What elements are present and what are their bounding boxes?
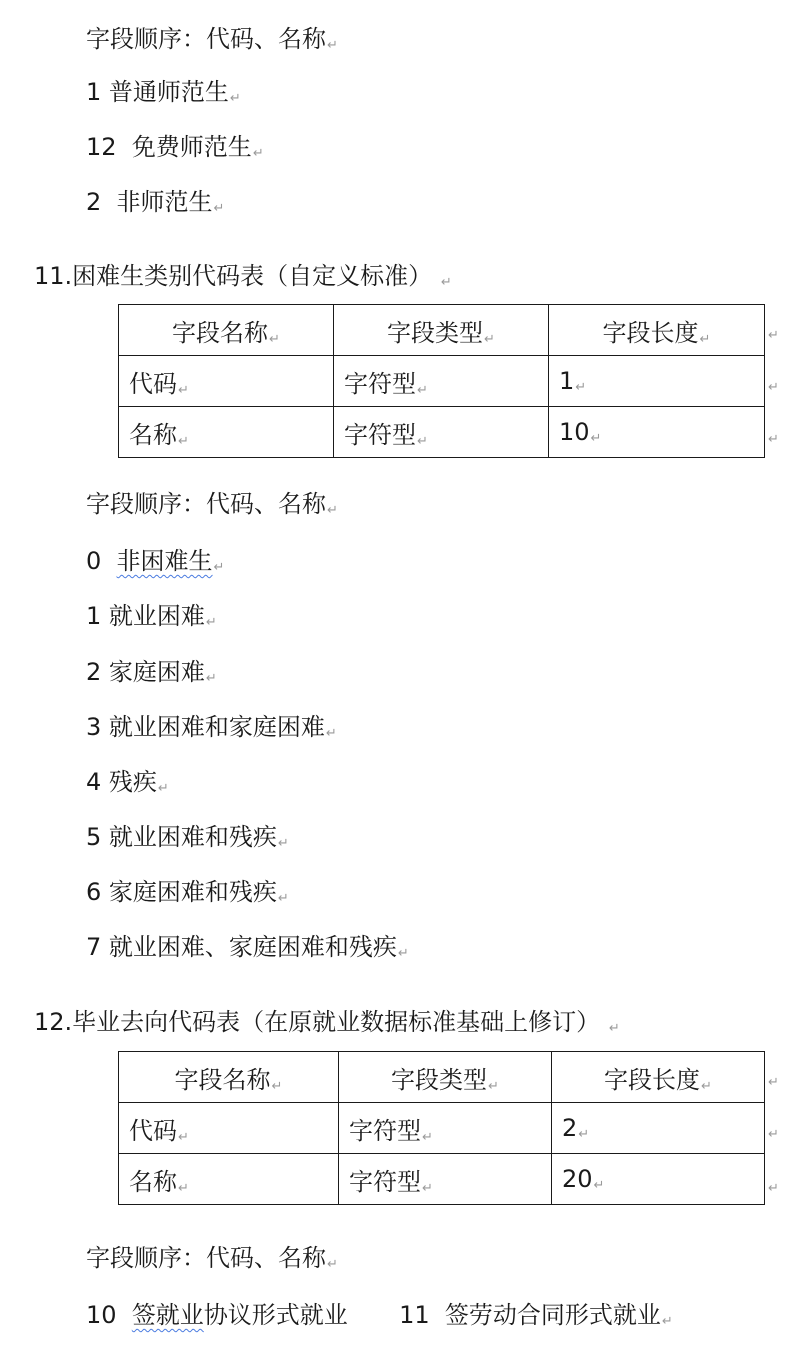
section-heading: 11.困难生类别代码表（自定义标准） ↵ [34,261,452,298]
table-cell: 名称↵ [119,407,334,458]
paragraph-mark-icon: ↵ [278,836,289,851]
field-order-text: 字段顺序：代码、名称↵ [86,24,338,61]
table-cell: 1↵ [549,356,765,407]
paragraph-mark-icon: ↵ [327,38,338,53]
spellcheck-underline: 签就业 [132,1301,204,1329]
paragraph-mark-icon: ↵ [253,146,264,161]
table-header-row: 字段名称↵ 字段类型↵ 字段长度↵ [119,305,765,356]
table-header-row: 字段名称↵ 字段类型↵ 字段长度↵ [119,1052,765,1103]
paragraph-mark-icon: ↵ [230,91,241,106]
row-end-mark-icon: ↵ [768,1075,779,1090]
paragraph-mark-icon: ↵ [662,1314,673,1329]
code-item: 12 免费师范生↵ [86,132,264,169]
table-row: 名称↵ 字符型↵ 10↵ [119,407,765,458]
code-item: 5 就业困难和残疾↵ [86,822,289,859]
code-item: 3 就业困难和家庭困难↵ [86,712,337,749]
table-header-cell: 字段类型↵ [334,305,549,356]
field-spec-table: 字段名称↵ 字段类型↵ 字段长度↵ 代码↵ 字符型↵ 2↵ 名称↵ 字符型↵ 2… [118,1051,765,1205]
paragraph-mark-icon: ↵ [158,781,169,796]
table-cell: 代码↵ [119,356,334,407]
field-order-text: 字段顺序：代码、名称↵ [86,1243,338,1280]
table-header-cell: 字段长度↵ [549,305,765,356]
section-heading: 12.毕业去向代码表（在原就业数据标准基础上修订） ↵ [34,1007,620,1044]
table-cell: 20↵ [552,1154,765,1205]
table-row: 代码↵ 字符型↵ 1↵ [119,356,765,407]
code-item: 2 非师范生↵ [86,187,224,224]
table-cell: 2↵ [552,1103,765,1154]
code-item: 1 就业困难↵ [86,601,217,638]
paragraph-mark-icon: ↵ [206,671,217,686]
row-end-mark-icon: ↵ [768,432,779,447]
paragraph-mark-icon: ↵ [327,503,338,518]
code-item-row: 10 签就业协议形式就业 11 签劳动合同形式就业↵ [86,1300,673,1337]
code-item: 2 家庭困难↵ [86,657,217,694]
table-row: 代码↵ 字符型↵ 2↵ [119,1103,765,1154]
paragraph-mark-icon: ↵ [398,946,409,961]
code-item: 6 家庭困难和残疾↵ [86,877,289,914]
paragraph-mark-icon: ↵ [326,726,337,741]
table-cell: 代码↵ [119,1103,339,1154]
table-cell: 名称↵ [119,1154,339,1205]
table-header-cell: 字段长度↵ [552,1052,765,1103]
paragraph-mark-icon: ↵ [206,615,217,630]
table-cell: 字符型↵ [334,407,549,458]
paragraph-mark-icon: ↵ [214,201,225,216]
table-header-cell: 字段名称↵ [119,305,334,356]
table-cell: 字符型↵ [339,1103,552,1154]
paragraph-mark-icon: ↵ [609,1021,620,1036]
row-end-mark-icon: ↵ [768,1127,779,1142]
paragraph-mark-icon: ↵ [278,891,289,906]
field-spec-table: 字段名称↵ 字段类型↵ 字段长度↵ 代码↵ 字符型↵ 1↵ 名称↵ 字符型↵ 1… [118,304,765,458]
spellcheck-underline: 非困难生 [117,547,213,575]
row-end-mark-icon: ↵ [768,328,779,343]
paragraph-mark-icon: ↵ [327,1257,338,1272]
table-row: 名称↵ 字符型↵ 20↵ [119,1154,765,1205]
code-item: 0 非困难生↵ [86,546,224,583]
code-item: 1 普通师范生↵ [86,77,241,114]
table-cell: 字符型↵ [339,1154,552,1205]
paragraph-mark-icon: ↵ [441,275,452,290]
code-item: 4 残疾↵ [86,767,169,804]
code-item: 7 就业困难、家庭困难和残疾↵ [86,932,409,969]
table-header-cell: 字段名称↵ [119,1052,339,1103]
row-end-mark-icon: ↵ [768,1181,779,1196]
table-cell: 字符型↵ [334,356,549,407]
field-order-text: 字段顺序：代码、名称↵ [86,489,338,526]
row-end-mark-icon: ↵ [768,380,779,395]
table-cell: 10↵ [549,407,765,458]
table-header-cell: 字段类型↵ [339,1052,552,1103]
paragraph-mark-icon: ↵ [214,560,225,575]
